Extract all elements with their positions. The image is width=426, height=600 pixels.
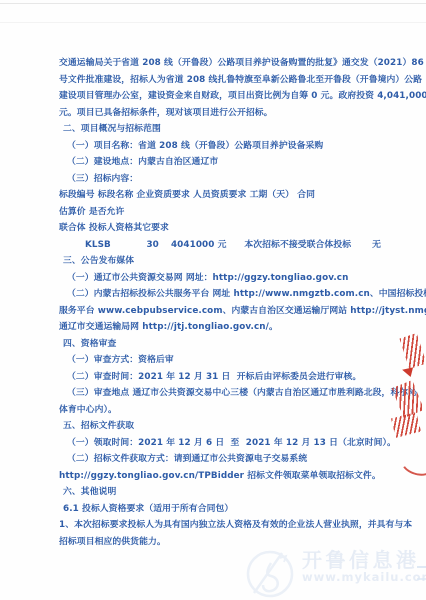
- red-stamp-fragment: [399, 451, 426, 480]
- kailu-logo-icon: [244, 549, 296, 600]
- document-line: 联合体 投标人资格其它要求: [59, 220, 415, 237]
- red-stamp-fragment: [392, 380, 424, 418]
- document-line: 交通运输局关于省道 208 线（开鲁段）公路项目养护设备购置的批复》通交发（20…: [59, 55, 415, 72]
- document-line: 元。项目已具备招标条件，现对该项目进行公开招标。: [59, 105, 415, 122]
- watermark-url: www.mykailu.com: [302, 571, 426, 584]
- watermark: 开鲁信息港 www.mykailu.com: [244, 549, 426, 600]
- scan-artifact-line: [0, 3, 426, 4]
- document-line: 号文件批准建设，招标人为省道 208 线扎鲁特旗至阜新公路鲁北至开鲁段（开鲁境内…: [59, 72, 415, 89]
- document-line: （一）领取时间：2021 年 12 月 6 日 至 2021 年 12 月 13…: [59, 435, 415, 452]
- document-line: 四、资格审查: [59, 336, 415, 353]
- edge-artifact: [417, 566, 426, 580]
- red-stamp: [388, 325, 426, 480]
- document-line: 建设项目管理办公室，建设资金来自财政，项目出资比例为自筹 0 元。政府投资 4,…: [59, 88, 415, 105]
- document-line: （一）审查方式：资格后审: [59, 352, 415, 369]
- scanned-document-page: 交通运输局关于省道 208 线（开鲁段）公路项目养护设备购置的批复》通交发（20…: [0, 0, 426, 600]
- document-line: 三、公告发布媒体: [59, 253, 415, 270]
- document-line: http://ggzy.tongliao.gov.cn/TPBidder 招标文…: [59, 468, 415, 485]
- stamp-triangle-icon: [401, 365, 413, 377]
- scan-artifact-line: [0, 22, 426, 23]
- document-line: 二、项目概况与招标范围: [59, 121, 415, 138]
- red-stamp-fragment: [391, 412, 421, 438]
- document-line: （一）项目名称：省道 208 线（开鲁段）公路项目养护设备采购: [59, 138, 415, 155]
- document-line: 六、其他说明: [59, 484, 415, 501]
- document-line: （二）内蒙古招标投标公共服务平台 网址 http://www.nmgztb.co…: [59, 286, 415, 303]
- document-line: （二）审查时间：2021 年 12 月 31 日 开标后由评标委员会进行审核。: [59, 369, 415, 386]
- document-line: 估算价 是否允许: [59, 204, 415, 221]
- document-line: 1、本次招标要求投标人为具有国内独立法人资格及有效的企业法人营业执照，并具有与本: [59, 517, 415, 534]
- document-line: KLSB 30 4041000 元 本次招标不接受联合体投标 无: [59, 237, 415, 254]
- document-line: （一）通辽市公共资源交易网 网址：http://ggzy.tongliao.go…: [59, 270, 415, 287]
- document-line: （二）建设地点：内蒙古自治区通辽市: [59, 154, 415, 171]
- document-line: （三）审查地点 通辽市公共资源交易中心三楼（内蒙古自治区通辽市胜利路北段，科尔沁: [59, 385, 415, 402]
- document-line: 标段编号 标段名称 企业资质要求 人员资质要求 工期（天） 合同: [59, 187, 415, 204]
- document-line: （二）招标文件获取方式：请到通辽市公共资源电子交易系统: [59, 451, 415, 468]
- document-line: 6.1 投标人资格要求（适用于所有合同包）: [59, 501, 415, 518]
- document-line: （三）招标内容：: [59, 171, 415, 188]
- document-line: 五、招标文件获取: [59, 418, 415, 435]
- document-body: 交通运输局关于省道 208 线（开鲁段）公路项目养护设备购置的批复》通交发（20…: [59, 55, 415, 550]
- red-stamp-fragment: [399, 333, 426, 369]
- document-line: 体育中心内）。: [59, 402, 415, 419]
- document-line: 服务平台 www.cebpubservice.com、内蒙古自治区交通运输厅网站…: [59, 303, 415, 320]
- document-line: 通辽市交通运输局网 http://jtj.tongliao.gov.cn/。: [59, 319, 415, 336]
- watermark-site-name: 开鲁信息港: [302, 549, 426, 571]
